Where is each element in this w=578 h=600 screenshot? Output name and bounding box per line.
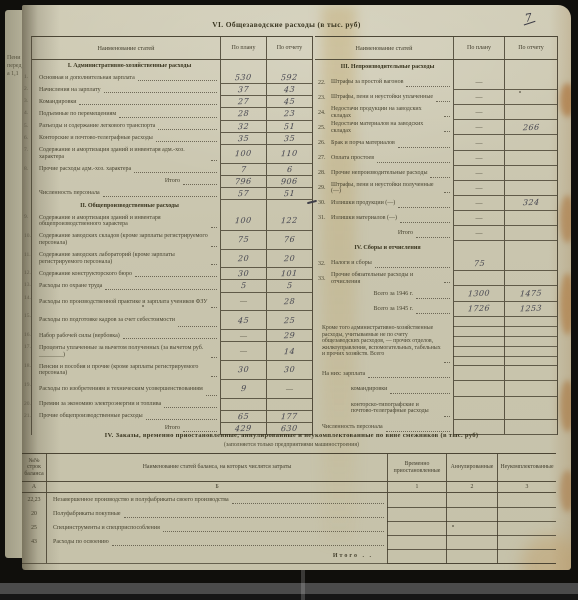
letter-cell: 2	[446, 482, 497, 492]
orders-row-label: Незавершенное производство и полуфабрика…	[47, 493, 387, 507]
report-cell	[504, 105, 557, 120]
row-label-text: Штрафы за простой вагонов	[331, 79, 403, 86]
plan-cell: —	[453, 151, 504, 166]
plan-cell: 30	[220, 361, 266, 380]
row-label: 13.Расходы по охране труда	[32, 280, 220, 292]
row-label: 21.Прочие общепроизводственные расходы	[32, 411, 220, 423]
orders-row-2: 25Специнструменты и спецприспособления	[22, 521, 556, 535]
orders-value-cell	[387, 521, 446, 536]
table-body: I. Административно-хозяйственные расходы…	[32, 60, 312, 435]
report-cell	[504, 151, 557, 166]
left-row-2: 2.Начисления на зарплату3743	[32, 84, 312, 96]
printed-dash: —	[476, 199, 483, 207]
dot-leader	[105, 288, 217, 290]
letter-cell: Б	[47, 482, 387, 492]
column-header-plan-text: По плану	[231, 45, 257, 52]
left-row-11: II. Общепроизводственные расходы	[32, 200, 312, 212]
orders-row-number: 22,23	[22, 493, 47, 507]
report-cell	[266, 200, 312, 212]
plan-cell	[453, 366, 504, 381]
printed-dash: —	[476, 169, 483, 177]
orders-header-suspended: Временно приостановленные	[387, 454, 446, 481]
handwritten-value: 51	[284, 121, 296, 130]
margin-fragment: перед	[7, 63, 22, 69]
orders-value-cell	[497, 507, 556, 522]
dot-leader	[368, 376, 450, 378]
row-label: Численность персонала	[32, 188, 220, 200]
row-label-text: Оплата простоев	[331, 155, 374, 162]
orders-header-num: №№ строк баланса	[22, 454, 47, 481]
orders-table: №№ строк баланса Наименование статей бал…	[22, 453, 556, 564]
dot-leader	[138, 79, 217, 81]
letter-cell: 1	[387, 482, 446, 492]
row-label-text: Расходы по подготовке кадров за счет себ…	[39, 317, 175, 324]
plan-cell: —	[453, 75, 504, 90]
report-cell: 25	[266, 311, 312, 330]
dot-leader	[211, 263, 217, 265]
dot-leader	[211, 375, 217, 377]
dot-leader	[232, 502, 384, 504]
row-label: 22.Штрафы за простой вагонов	[315, 75, 453, 90]
report-cell	[504, 241, 557, 256]
row-label-text: Численность персонала	[39, 190, 100, 197]
right-row-2: 23.Штрафы, пени и неустойки уплаченные—	[315, 90, 557, 105]
left-row-18: 15.Расходы по подготовке кадров за счет …	[32, 311, 312, 330]
margin-fragment: а 1,1	[7, 71, 19, 77]
orders-total-num	[22, 549, 47, 563]
left-row-24: 21.Прочие общепроизводственные расходы65…	[32, 411, 312, 423]
left-row-13: 10.Содержание заводских складов (кроме з…	[32, 231, 312, 250]
plan-cell: —	[453, 105, 504, 120]
handwritten-value: 29	[284, 331, 296, 340]
report-cell	[504, 226, 557, 241]
dot-leader	[124, 516, 384, 518]
row-label: Итого	[315, 226, 453, 241]
handwritten-value: 100	[235, 149, 252, 159]
report-cell: 43	[266, 84, 312, 96]
handwritten-value: 27	[238, 97, 250, 106]
dot-leader	[206, 394, 217, 396]
dot-leader	[119, 116, 217, 118]
row-number: 22.	[318, 80, 331, 86]
report-cell	[504, 60, 557, 75]
orders-value-cell	[497, 549, 556, 564]
report-cell: 1253	[504, 302, 557, 317]
row-label: конторско-типографские и почтово-телегра…	[315, 397, 453, 420]
dot-leader	[134, 171, 217, 173]
plan-cell: 20	[220, 250, 266, 269]
row-label: Кроме того административно-хозяйственные…	[315, 317, 453, 367]
plan-cell	[453, 271, 504, 286]
dot-leader	[430, 176, 450, 178]
report-cell: 1475	[504, 286, 557, 301]
orders-value-cell	[446, 493, 497, 508]
handwritten-value: 324	[522, 198, 539, 208]
report-cell: —	[266, 380, 312, 399]
row-label: 27.Оплата простоев	[315, 151, 453, 166]
report-cell	[504, 90, 557, 105]
row-label-text: Итого	[398, 230, 413, 237]
row-label: 25.Недостачи материалов на заводских скл…	[315, 120, 453, 135]
row-label: Всего за 1945 г.	[315, 302, 453, 317]
dot-leader	[406, 85, 450, 87]
plan-cell: 35	[220, 133, 266, 145]
right-row-15: Всего за 1946 г.13001475	[315, 286, 557, 301]
table-header: Наименование статей По плану По отчету	[315, 37, 557, 60]
report-cell	[504, 75, 557, 90]
row-label: Итого	[32, 176, 220, 188]
dot-leader	[211, 226, 217, 228]
handwritten-value: 7	[240, 165, 246, 174]
left-row-9: Итого796906	[32, 176, 312, 188]
printed-dash: —	[476, 108, 483, 116]
column-header-report: По отчету	[266, 37, 312, 59]
column-header-name: Наименование статей	[32, 37, 220, 59]
table-body: III. Непроизводительные расходы22.Штрафы…	[315, 60, 557, 435]
report-cell	[504, 166, 557, 181]
row-label-text: Всего за 1945 г.	[373, 306, 413, 313]
orders-row-1: 20Полуфабрикаты покупные	[22, 507, 556, 521]
handwritten-page-number: 7	[524, 10, 538, 26]
report-cell	[504, 397, 557, 420]
column-header-plan: По плану	[220, 37, 266, 59]
handwritten-value: 100	[235, 216, 252, 226]
handwritten-value: 23	[284, 109, 296, 118]
expense-table-right: Наименование статей По плану По отчету I…	[315, 36, 558, 435]
handwritten-value: 1300	[468, 289, 491, 299]
left-row-10: Численность персонала5751	[32, 188, 312, 200]
report-cell: 6	[266, 164, 312, 176]
right-row-12: IV. Сборы и отчисления	[315, 241, 557, 256]
orders-value-cell	[497, 535, 556, 550]
handwritten-value: 51	[284, 189, 296, 198]
plan-cell: —	[220, 330, 266, 342]
left-row-15: 12.Содержание конструкторского бюро30101	[32, 268, 312, 280]
left-row-20: 17.Проценты уплаченные за вычетом получе…	[32, 342, 312, 361]
dot-leader	[211, 245, 217, 247]
dot-leader	[444, 115, 450, 117]
right-row-16: Всего за 1945 г.17261253	[315, 302, 557, 317]
row-label: I. Административно-хозяйственные расходы	[32, 60, 220, 72]
right-row-6: 27.Оплата простоев—	[315, 151, 557, 166]
orders-value-cell	[387, 535, 446, 550]
handwritten-value: 57	[238, 189, 250, 198]
row-label-text: I. Административно-хозяйственные расходы	[68, 63, 191, 70]
row-label: II. Общепроизводственные расходы	[32, 200, 220, 212]
row-label-text: Содержание конструкторского бюро	[39, 271, 132, 278]
expense-table-left: Наименование статей По плану По отчету I…	[31, 36, 313, 435]
orders-row-number: 25	[22, 521, 47, 535]
left-row-8: 8.Прочие расходы адм.-хоз. характера76	[32, 164, 312, 176]
printed-dash: —	[476, 78, 483, 86]
row-label: 7.Содержание и амортизация зданий и инве…	[32, 145, 220, 164]
handwritten-value: 30	[238, 365, 250, 374]
dot-leader	[444, 361, 450, 363]
plan-cell: 100	[220, 145, 266, 164]
plan-cell: 27	[220, 96, 266, 108]
row-label-text: Прочие расходы адм.-хоз. характера	[39, 166, 131, 173]
dot-leader	[444, 415, 450, 417]
row-label: 19.Расходы по изобретениям и техническим…	[32, 380, 220, 399]
right-row-0: III. Непроизводительные расходы	[315, 60, 557, 75]
plan-cell: 32	[220, 121, 266, 133]
row-label-text: Начисления на зарплату	[39, 87, 101, 94]
handwritten-value: 6	[286, 165, 292, 174]
orders-row-number: 20	[22, 507, 47, 521]
plan-cell: 1300	[453, 286, 504, 301]
plan-cell: 57	[220, 188, 266, 200]
plan-cell: —	[453, 166, 504, 181]
plan-cell: —	[453, 226, 504, 241]
orders-section-title: IV. Заказы, временно приостановленные, а…	[32, 432, 551, 439]
report-cell	[504, 135, 557, 150]
edge-stain	[560, 470, 571, 512]
report-cell: 110	[266, 145, 312, 164]
printed-dash: —	[476, 214, 483, 222]
handwritten-value: 76	[284, 235, 296, 244]
right-row-1: 22.Штрафы за простой вагонов—	[315, 75, 557, 90]
dot-leader	[178, 325, 217, 327]
printed-dash: —	[240, 332, 247, 340]
row-label: 23.Штрафы, пени и неустойки уплаченные	[315, 90, 453, 105]
handwritten-value: 530	[235, 73, 252, 83]
plan-cell: —	[453, 181, 504, 196]
orders-body: 22,23Незавершенное производство и полуфа…	[22, 493, 556, 563]
report-cell: 177	[266, 411, 312, 423]
row-number: 23.	[318, 95, 331, 101]
handwritten-value: 35	[238, 134, 250, 143]
left-row-0: I. Административно-хозяйственные расходы	[32, 60, 312, 72]
orders-header-name: Наименование статей баланса, на которых …	[47, 454, 387, 481]
orders-total-row: Итого . .	[22, 549, 556, 563]
dot-leader	[164, 406, 217, 408]
dot-leader	[211, 356, 217, 358]
right-row-14: 33.Прочие обязательные расходы и отчисле…	[315, 271, 557, 286]
handwritten-value: 30	[238, 269, 250, 278]
plan-cell: 65	[220, 411, 266, 423]
row-label: 1.Основная и дополнительная зарплата	[32, 72, 220, 84]
report-cell: 266	[504, 120, 557, 135]
document-page: 7 VI. Общезаводские расходы (в тыс. руб)…	[22, 5, 571, 570]
row-number: 33.	[318, 276, 331, 282]
row-label-text: Набор рабочей силы (вербовка)	[39, 333, 120, 340]
handwritten-value: 65	[238, 412, 250, 421]
dot-leader	[146, 418, 217, 420]
row-label: III. Непроизводительные расходы	[315, 60, 453, 75]
row-label-text: Содержание и амортизация зданий и инвент…	[39, 147, 208, 160]
report-cell	[504, 211, 557, 226]
plan-cell: —	[453, 135, 504, 150]
row-label-text: Прочие обязательные расходы и отчисления	[331, 272, 441, 285]
plan-cell	[453, 317, 504, 367]
row-label-text: Недостачи материалов на заводских склада…	[331, 121, 441, 134]
dot-leader	[123, 337, 217, 339]
report-cell: 51	[266, 121, 312, 133]
plan-cell	[220, 60, 266, 72]
right-row-13: 32.Налоги и сборы75	[315, 256, 557, 271]
handwritten-value: 25	[284, 316, 296, 325]
row-label-text: Излишки материалов (—)	[331, 215, 397, 222]
handwritten-value: 5	[286, 281, 292, 290]
orders-value-cell	[446, 535, 497, 550]
row-label: 18.Пенсии и пособия и прочие (кроме зарп…	[32, 361, 220, 380]
row-label-text: Командировки	[39, 99, 76, 106]
row-label-text: Проценты уплаченные за вычетом полученны…	[39, 345, 208, 358]
row-label: 20.Премии за экономию электроэнергии и т…	[32, 399, 220, 411]
expense-tables: Наименование статей По плану По отчету I…	[31, 36, 558, 435]
row-label: 3.Командировки	[32, 96, 220, 108]
edge-stain	[560, 83, 571, 117]
row-label-text: IV. Сборы и отчисления	[354, 245, 420, 252]
row-label-text: Прочие общепроизводственные расходы	[39, 413, 143, 420]
row-label: 31.Излишки материалов (—)	[315, 211, 453, 226]
handwritten-value: 75	[238, 235, 250, 244]
plan-cell	[453, 381, 504, 396]
left-row-23: 20.Премии за экономию электроэнергии и т…	[32, 399, 312, 411]
report-cell: 29	[266, 330, 312, 342]
row-label-text: Всего за 1946 г.	[373, 291, 413, 298]
orders-value-cell	[446, 549, 497, 564]
report-cell: 28	[266, 293, 312, 312]
dot-leader	[390, 392, 450, 394]
margin-fragment: Пени	[7, 55, 20, 61]
dot-leader	[400, 221, 450, 223]
handwritten-value: 1475	[520, 289, 543, 299]
orders-section-subtitle: (заполняется только предприятиями машино…	[32, 442, 551, 448]
dot-leader	[444, 130, 450, 132]
row-label: 15.Расходы по подготовке кадров за счет …	[32, 311, 220, 330]
handwritten-value: 906	[281, 176, 298, 186]
dot-leader	[377, 161, 450, 163]
dot-leader	[398, 146, 450, 148]
handwritten-value: 110	[281, 149, 298, 159]
plan-cell: 75	[453, 256, 504, 271]
report-cell: 20	[266, 250, 312, 269]
right-row-9: 30.Излишки продукции (—)—324	[315, 196, 557, 211]
report-cell: 76	[266, 231, 312, 250]
dot-leader	[211, 306, 218, 308]
row-label-text: Кроме того административно-хозяйственные…	[322, 325, 441, 357]
orders-header-incomplete: Неукомплектованные	[497, 454, 556, 481]
row-label: 5.Разъезды и содержание легкового трансп…	[32, 121, 220, 133]
handwritten-value: 592	[281, 73, 298, 83]
orders-row-label-text: Полуфабрикаты покупные	[53, 511, 121, 518]
report-cell: 592	[266, 72, 312, 84]
left-row-1: 1.Основная и дополнительная зарплата5305…	[32, 72, 312, 84]
section-vi-title: VI. Общезаводские расходы (в тыс. руб)	[62, 20, 511, 29]
plan-cell: —	[453, 196, 504, 211]
right-row-11: Итого—	[315, 226, 557, 241]
handwritten-value: 14	[284, 346, 296, 355]
dot-leader	[436, 100, 450, 102]
row-label-text: Численность персонала	[322, 424, 383, 431]
dot-leader	[135, 275, 217, 277]
dot-leader	[103, 195, 217, 197]
left-row-5: 5.Разъезды и содержание легкового трансп…	[32, 121, 312, 133]
right-row-18: На них: зарплата	[315, 366, 557, 381]
row-label: 11.Содержание заводских лабораторий (кро…	[32, 250, 220, 269]
plan-cell: —	[220, 342, 266, 361]
plan-cell	[453, 397, 504, 420]
row-label-text: Пенсии и пособия и прочие (кроме зарплат…	[39, 364, 208, 377]
printed-dash: —	[476, 229, 483, 237]
row-label: 16.Набор рабочей силы (вербовка)	[32, 330, 220, 342]
handwritten-value: 37	[238, 85, 250, 94]
plan-cell: 1726	[453, 302, 504, 317]
row-label: 30.Излишки продукции (—)	[315, 196, 453, 211]
plan-cell: 7	[220, 164, 266, 176]
plan-cell: —	[453, 90, 504, 105]
plan-cell: —	[453, 211, 504, 226]
left-row-16: 13.Расходы по охране труда55	[32, 280, 312, 292]
printed-dash: —	[476, 93, 483, 101]
row-number: 24.	[318, 110, 331, 116]
report-cell: 324	[504, 196, 557, 211]
row-number: 29.	[318, 185, 331, 191]
row-label-text: Недостачи продукции на заводских складах	[331, 106, 441, 119]
left-row-12: 9.Содержание и амортизация зданий и инве…	[32, 212, 312, 231]
plan-cell: —	[453, 120, 504, 135]
dot-leader	[156, 140, 217, 142]
row-label: 2.Начисления на зарплату	[32, 84, 220, 96]
plan-cell: 9	[220, 380, 266, 399]
column-header-plan-text: По плану	[466, 45, 492, 52]
right-row-20: конторско-типографские и почтово-телегра…	[315, 397, 557, 420]
row-label: 17.Проценты уплаченные за вычетом получе…	[32, 342, 220, 361]
edge-stain	[560, 380, 571, 432]
row-label-text: II. Общепроизводственные расходы	[80, 203, 179, 210]
orders-total-label: Итого . .	[47, 549, 387, 563]
handwritten-value: 796	[235, 176, 252, 186]
report-cell	[504, 256, 557, 271]
report-cell	[504, 317, 557, 367]
row-label: 4.Подъемные по перемещениям	[32, 108, 220, 120]
orders-row-label: Полуфабрикаты покупные	[47, 507, 387, 521]
handwritten-value: 43	[284, 85, 296, 94]
printed-dash: —	[476, 154, 483, 162]
left-row-14: 11.Содержание заводских лабораторий (кро…	[32, 250, 312, 269]
row-label-text: Основная и дополнительная зарплата	[39, 75, 135, 82]
row-label-text: Прочие непроизводительные расходы	[331, 170, 427, 177]
row-number: 32.	[318, 261, 331, 267]
row-number: 31.	[318, 215, 331, 221]
plan-cell: 45	[220, 311, 266, 330]
orders-value-cell	[446, 521, 497, 536]
column-header-name: Наименование статей	[315, 37, 453, 59]
row-label-text: Штрафы, пени и неустойки уплаченные	[331, 94, 433, 101]
plan-cell: 100	[220, 212, 266, 231]
plan-cell	[220, 399, 266, 411]
right-row-5: 26.Брак и порча материалов—	[315, 135, 557, 150]
report-cell	[504, 381, 557, 396]
row-label-text: III. Непроизводительные расходы	[341, 64, 435, 71]
plan-cell: 5	[220, 280, 266, 292]
left-row-22: 19.Расходы по изобретениям и техническим…	[32, 380, 312, 399]
dot-leader	[211, 159, 217, 161]
report-cell: 45	[266, 96, 312, 108]
column-header-report: По отчету	[504, 37, 557, 59]
printed-dash: —	[286, 385, 293, 393]
handwritten-value: 101	[281, 269, 298, 279]
row-label-text: Содержание заводских лабораторий (кроме …	[39, 252, 208, 265]
row-label: командировки	[315, 381, 453, 396]
handwritten-value: 45	[238, 316, 250, 325]
dot-leader	[416, 297, 450, 299]
row-label: 10.Содержание заводских складов (кроме з…	[32, 231, 220, 250]
handwritten-value: 35	[284, 134, 296, 143]
handwritten-value: 45	[284, 97, 296, 106]
handwritten-value: 20	[284, 254, 296, 263]
